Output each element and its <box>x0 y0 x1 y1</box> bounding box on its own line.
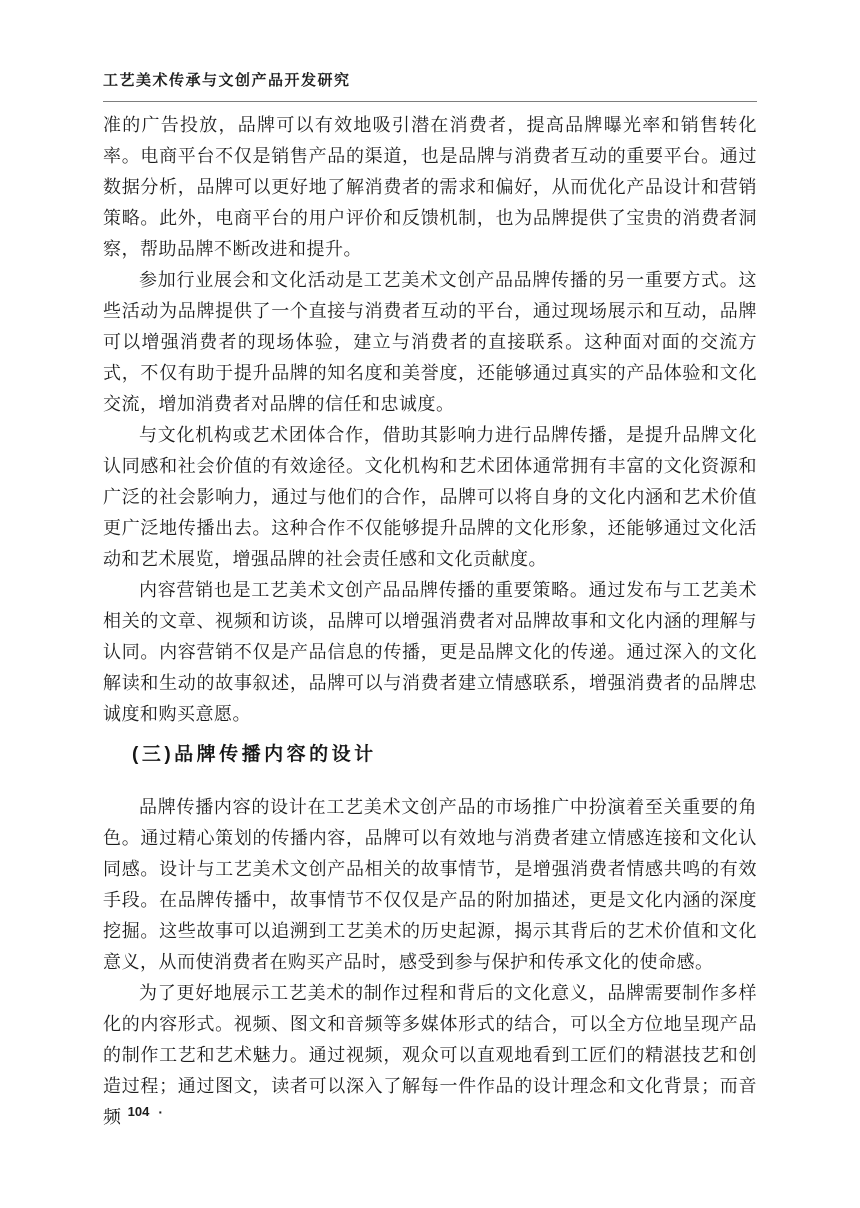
footer-left-dot: · <box>114 1104 119 1120</box>
running-header: 工艺美术传承与文创产品开发研究 <box>103 71 757 102</box>
footer-right-dot: · <box>158 1104 163 1120</box>
paragraph: 与文化机构或艺术团体合作，借助其影响力进行品牌传播，是提升品牌文化认同感和社会价… <box>103 420 757 575</box>
paragraph-continuation: 准的广告投放，品牌可以有效地吸引潜在消费者，提高品牌曝光率和销售转化率。电商平台… <box>103 110 757 265</box>
paragraph: 参加行业展会和文化活动是工艺美术文创产品品牌传播的另一重要方式。这些活动为品牌提… <box>103 265 757 420</box>
paragraph: 为了更好地展示工艺美术的制作过程和背后的文化意义，品牌需要制作多样化的内容形式。… <box>103 978 757 1133</box>
section-heading: (三)品牌传播内容的设计 <box>103 743 786 767</box>
paragraph: 内容营销也是工艺美术文创产品品牌传播的重要策略。通过发布与工艺美术相关的文章、视… <box>103 575 757 730</box>
page-footer: · 104 · <box>114 1104 163 1120</box>
book-page: 工艺美术传承与文创产品开发研究 准的广告投放，品牌可以有效地吸引潜在消费者，提高… <box>0 0 860 1208</box>
paragraph: 品牌传播内容的设计在工艺美术文创产品的市场推广中扮演着至关重要的角色。通过精心策… <box>103 792 757 978</box>
page-number: 104 <box>128 1104 150 1120</box>
running-header-title: 工艺美术传承与文创产品开发研究 <box>103 72 351 89</box>
